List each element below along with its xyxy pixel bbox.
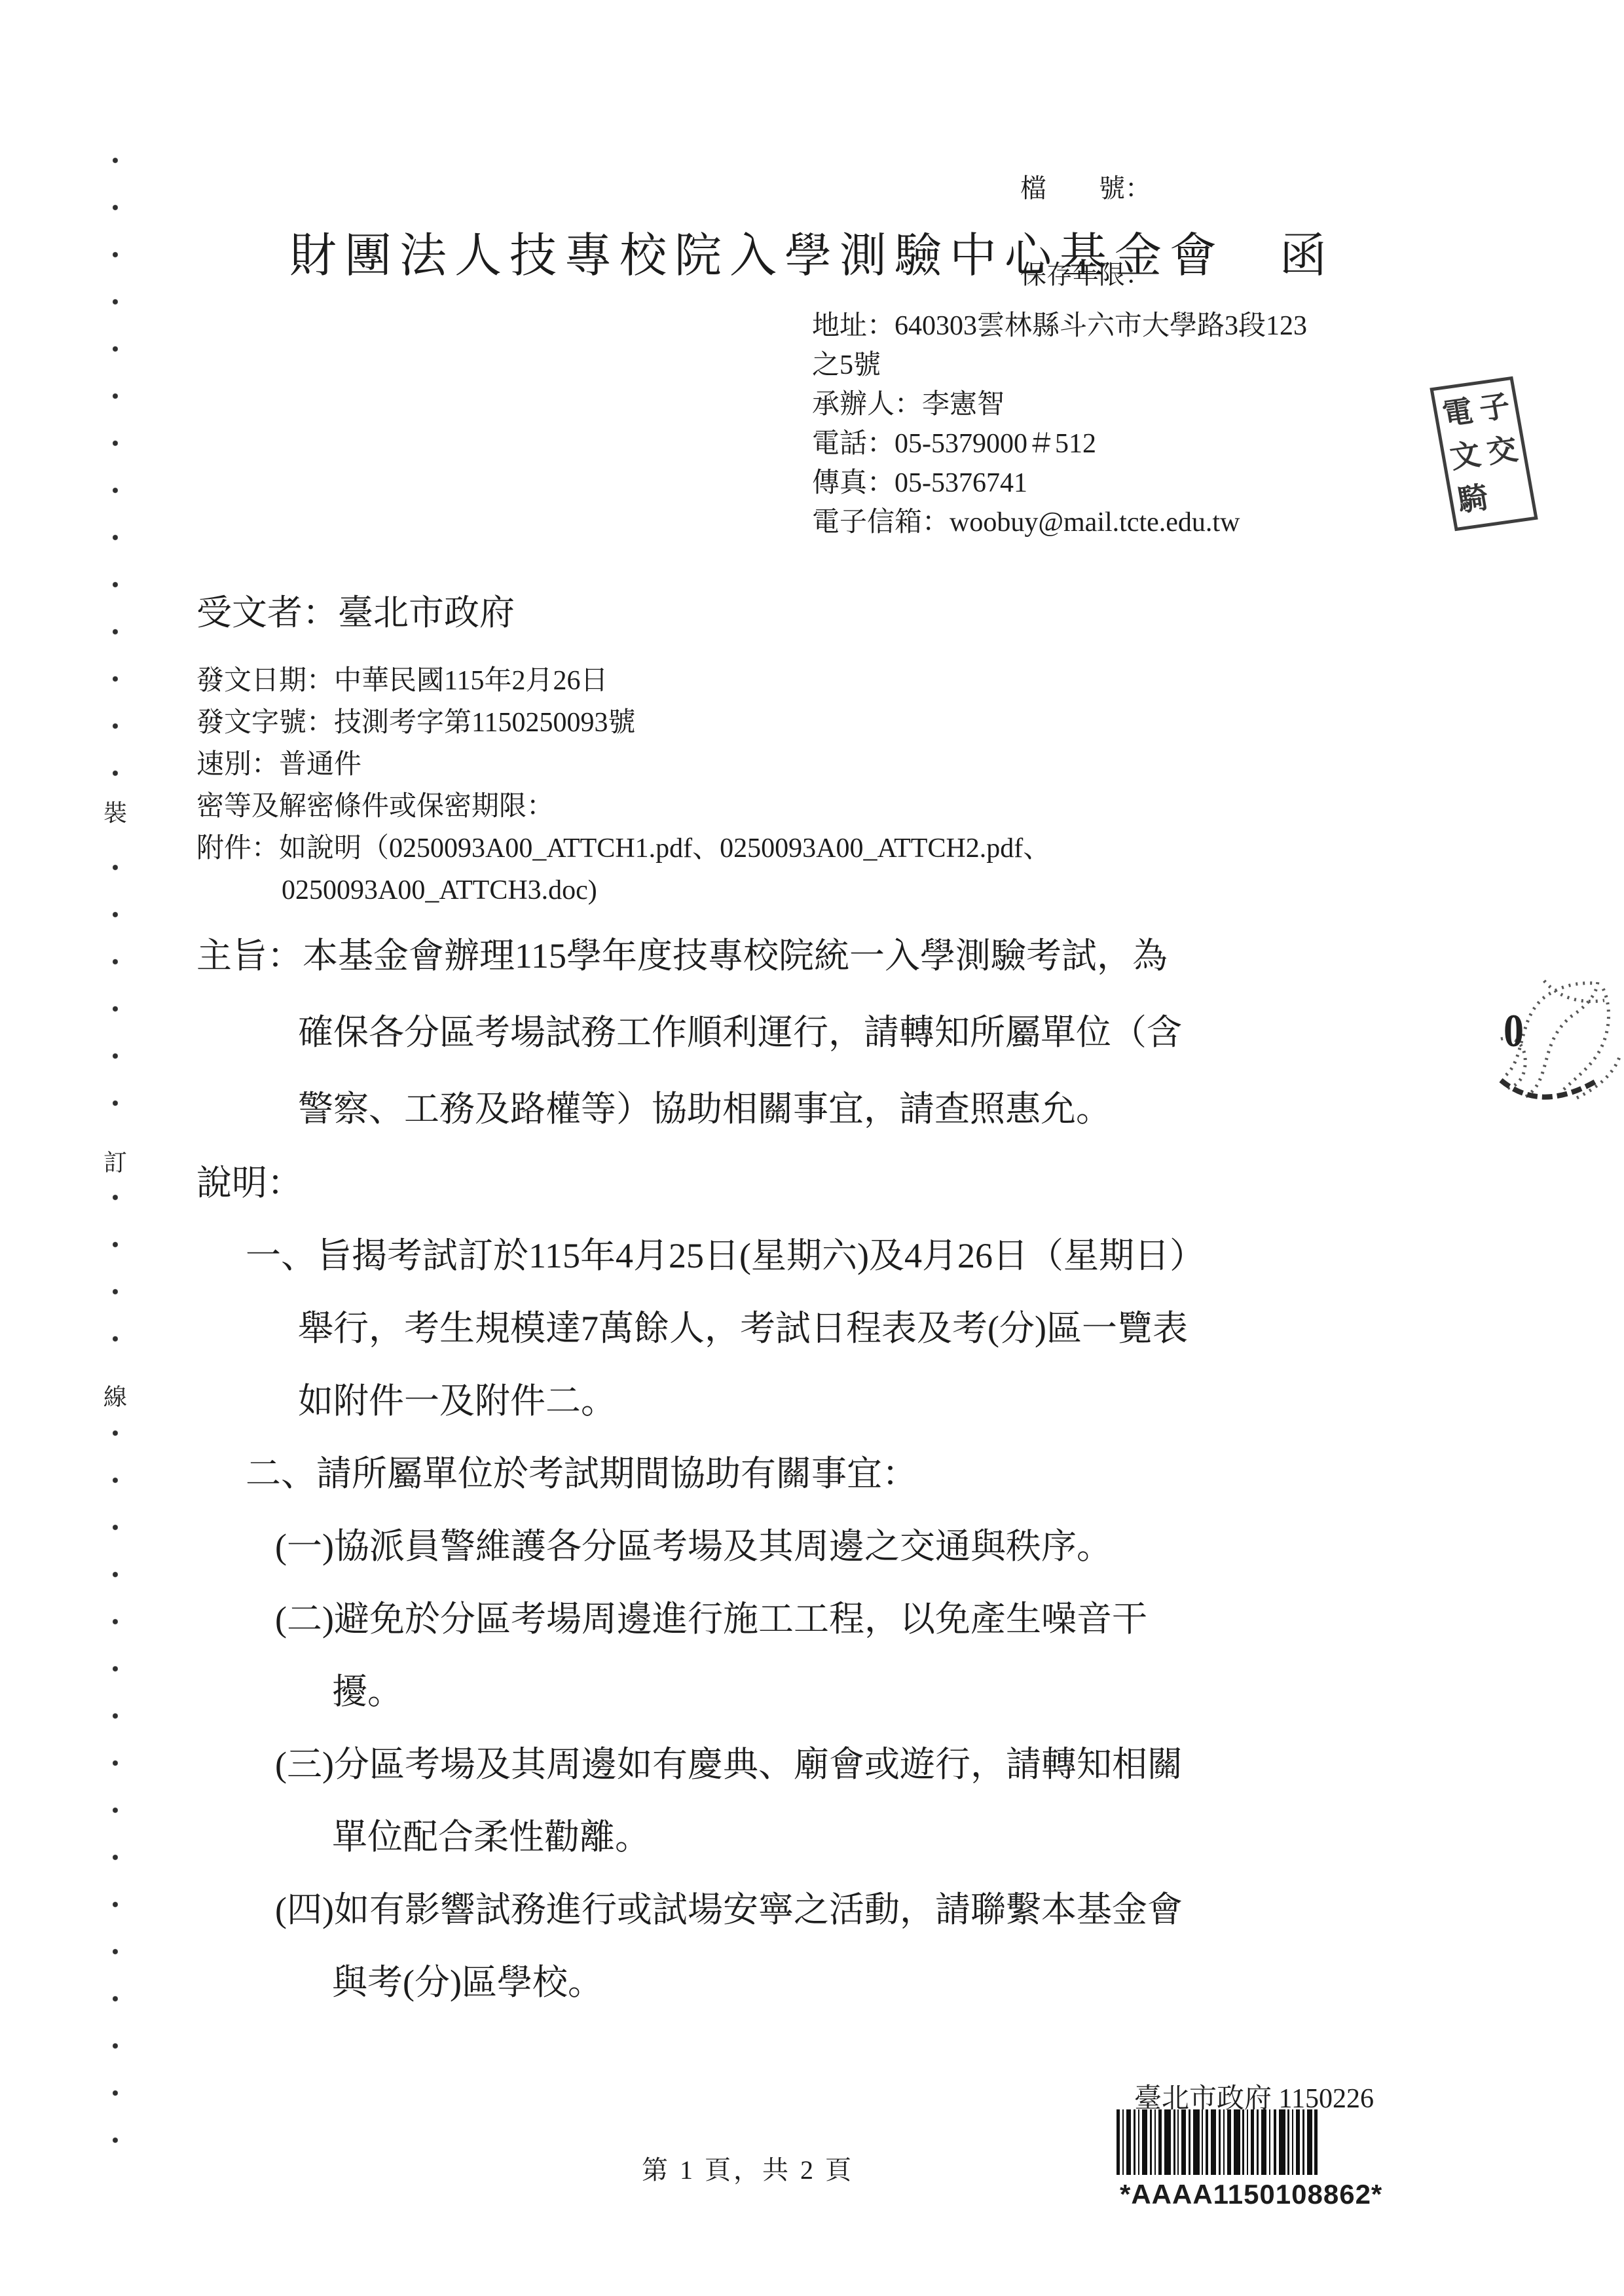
explanation-subitem-3: (三)分區考場及其周邊如有慶典、廟會或遊行，請轉知相關 [196, 1728, 1205, 1801]
priority: 速別：普通件 [196, 744, 1050, 786]
sender-email: 電子信箱：woobuy@mail.tcte.edu.tw [812, 503, 1307, 542]
attachment-line2: 0250093A00_ATTCH3.doc) [196, 869, 1050, 911]
explanation-heading: 說明： [196, 1147, 1205, 1220]
stamp-char: 交 [1484, 429, 1521, 472]
electronic-exchange-stamp: 電 子 文 交 騎 [1430, 376, 1538, 531]
subject-line: 警察、工務及路權等）協助相關事宜，請查照惠允。 [196, 1071, 1182, 1148]
subject-line: 主旨：本基金會辦理115學年度技專校院統一入學測驗考試，為 [196, 918, 1182, 994]
sender-info-block: 地址：640303雲林縣斗六市大學路3段123 之5號 承辦人：李憲智 電話：0… [812, 306, 1307, 542]
recipient-line: 受文者：臺北市政府 [196, 585, 515, 635]
binding-mark-zhuang: 裝 [96, 784, 135, 839]
explanation-block: 說明： 一、旨揭考試訂於115年4月25日(星期六)及4月26日（星期日） 舉行… [196, 1147, 1205, 2019]
meta-block: 發文日期：中華民國115年2月26日 發文字號：技測考字第1150250093號… [196, 660, 1050, 911]
explanation-subitem-2: (二)避免於分區考場周邊進行施工工程，以免產生噪音干 [196, 1583, 1205, 1656]
explanation-subitem-4-cont: 與考(分)區學校。 [196, 1946, 1205, 2019]
page-number: 第 1 頁，共 2 頁 [642, 2149, 854, 2187]
attachment-line1: 附件：如說明（0250093A00_ATTCH1.pdf、0250093A00_… [196, 828, 1050, 869]
document-title: 財團法人技專校院入學測驗中心基金會 函 [0, 217, 1624, 285]
issue-date: 發文日期：中華民國115年2月26日 [196, 660, 1050, 702]
doc-number: 發文字號：技測考字第1150250093號 [196, 702, 1050, 744]
explanation-item-1: 一、旨揭考試訂於115年4月25日(星期六)及4月26日（星期日） [196, 1220, 1205, 1292]
sender-address-line1: 地址：640303雲林縣斗六市大學路3段123 [812, 306, 1307, 346]
explanation-item-2: 二、請所屬單位於考試期間協助有關事宜： [196, 1438, 1205, 1510]
stamp-char: 文 [1447, 435, 1484, 477]
seal-number: 0 [1504, 1005, 1524, 1059]
sender-fax: 傳真：05-5376741 [812, 464, 1307, 503]
sender-contact: 承辦人：李憲智 [812, 385, 1307, 424]
barcode-text: *AAAA1150108862* [1120, 2179, 1316, 2210]
explanation-item-1-cont: 舉行，考生規模達7萬餘人，考試日程表及考(分)區一覽表 [196, 1292, 1205, 1365]
explanation-subitem-2-cont: 擾。 [196, 1656, 1205, 1728]
file-no-label: 檔 號： [1020, 174, 1151, 203]
binding-mark-xian: 線 [96, 1368, 135, 1423]
explanation-subitem-4: (四)如有影響試務進行或試場安寧之活動，請聯繫本基金會 [196, 1874, 1205, 1946]
sender-address-line2: 之5號 [812, 346, 1307, 385]
sender-phone: 電話：05-5379000＃512 [812, 424, 1307, 464]
official-letter-page: 檔 號： 保存年限： 財團法人技專校院入學測驗中心基金會 函 地址：640303… [0, 0, 1624, 2296]
subject-block: 主旨：本基金會辦理115學年度技專校院統一入學測驗考試，為 確保各分區考場試務工… [196, 918, 1182, 1148]
barcode [1116, 2109, 1318, 2175]
stamp-char: 騎 [1454, 478, 1491, 520]
binding-mark-ding: 訂 [96, 1134, 135, 1188]
explanation-subitem-3-cont: 單位配合柔性勸離。 [196, 1801, 1205, 1874]
security-level: 密等及解密條件或保密期限： [196, 786, 1050, 828]
explanation-item-1-cont: 如附件一及附件二。 [196, 1365, 1205, 1438]
stamp-char: 電 [1439, 392, 1476, 435]
explanation-subitem-1: (一)協派員警維護各分區考場及其周邊之交通與秩序。 [196, 1510, 1205, 1583]
stamp-char: 子 [1477, 387, 1513, 429]
subject-line: 確保各分區考場試務工作順利運行，請轉知所屬單位（含 [196, 994, 1182, 1071]
